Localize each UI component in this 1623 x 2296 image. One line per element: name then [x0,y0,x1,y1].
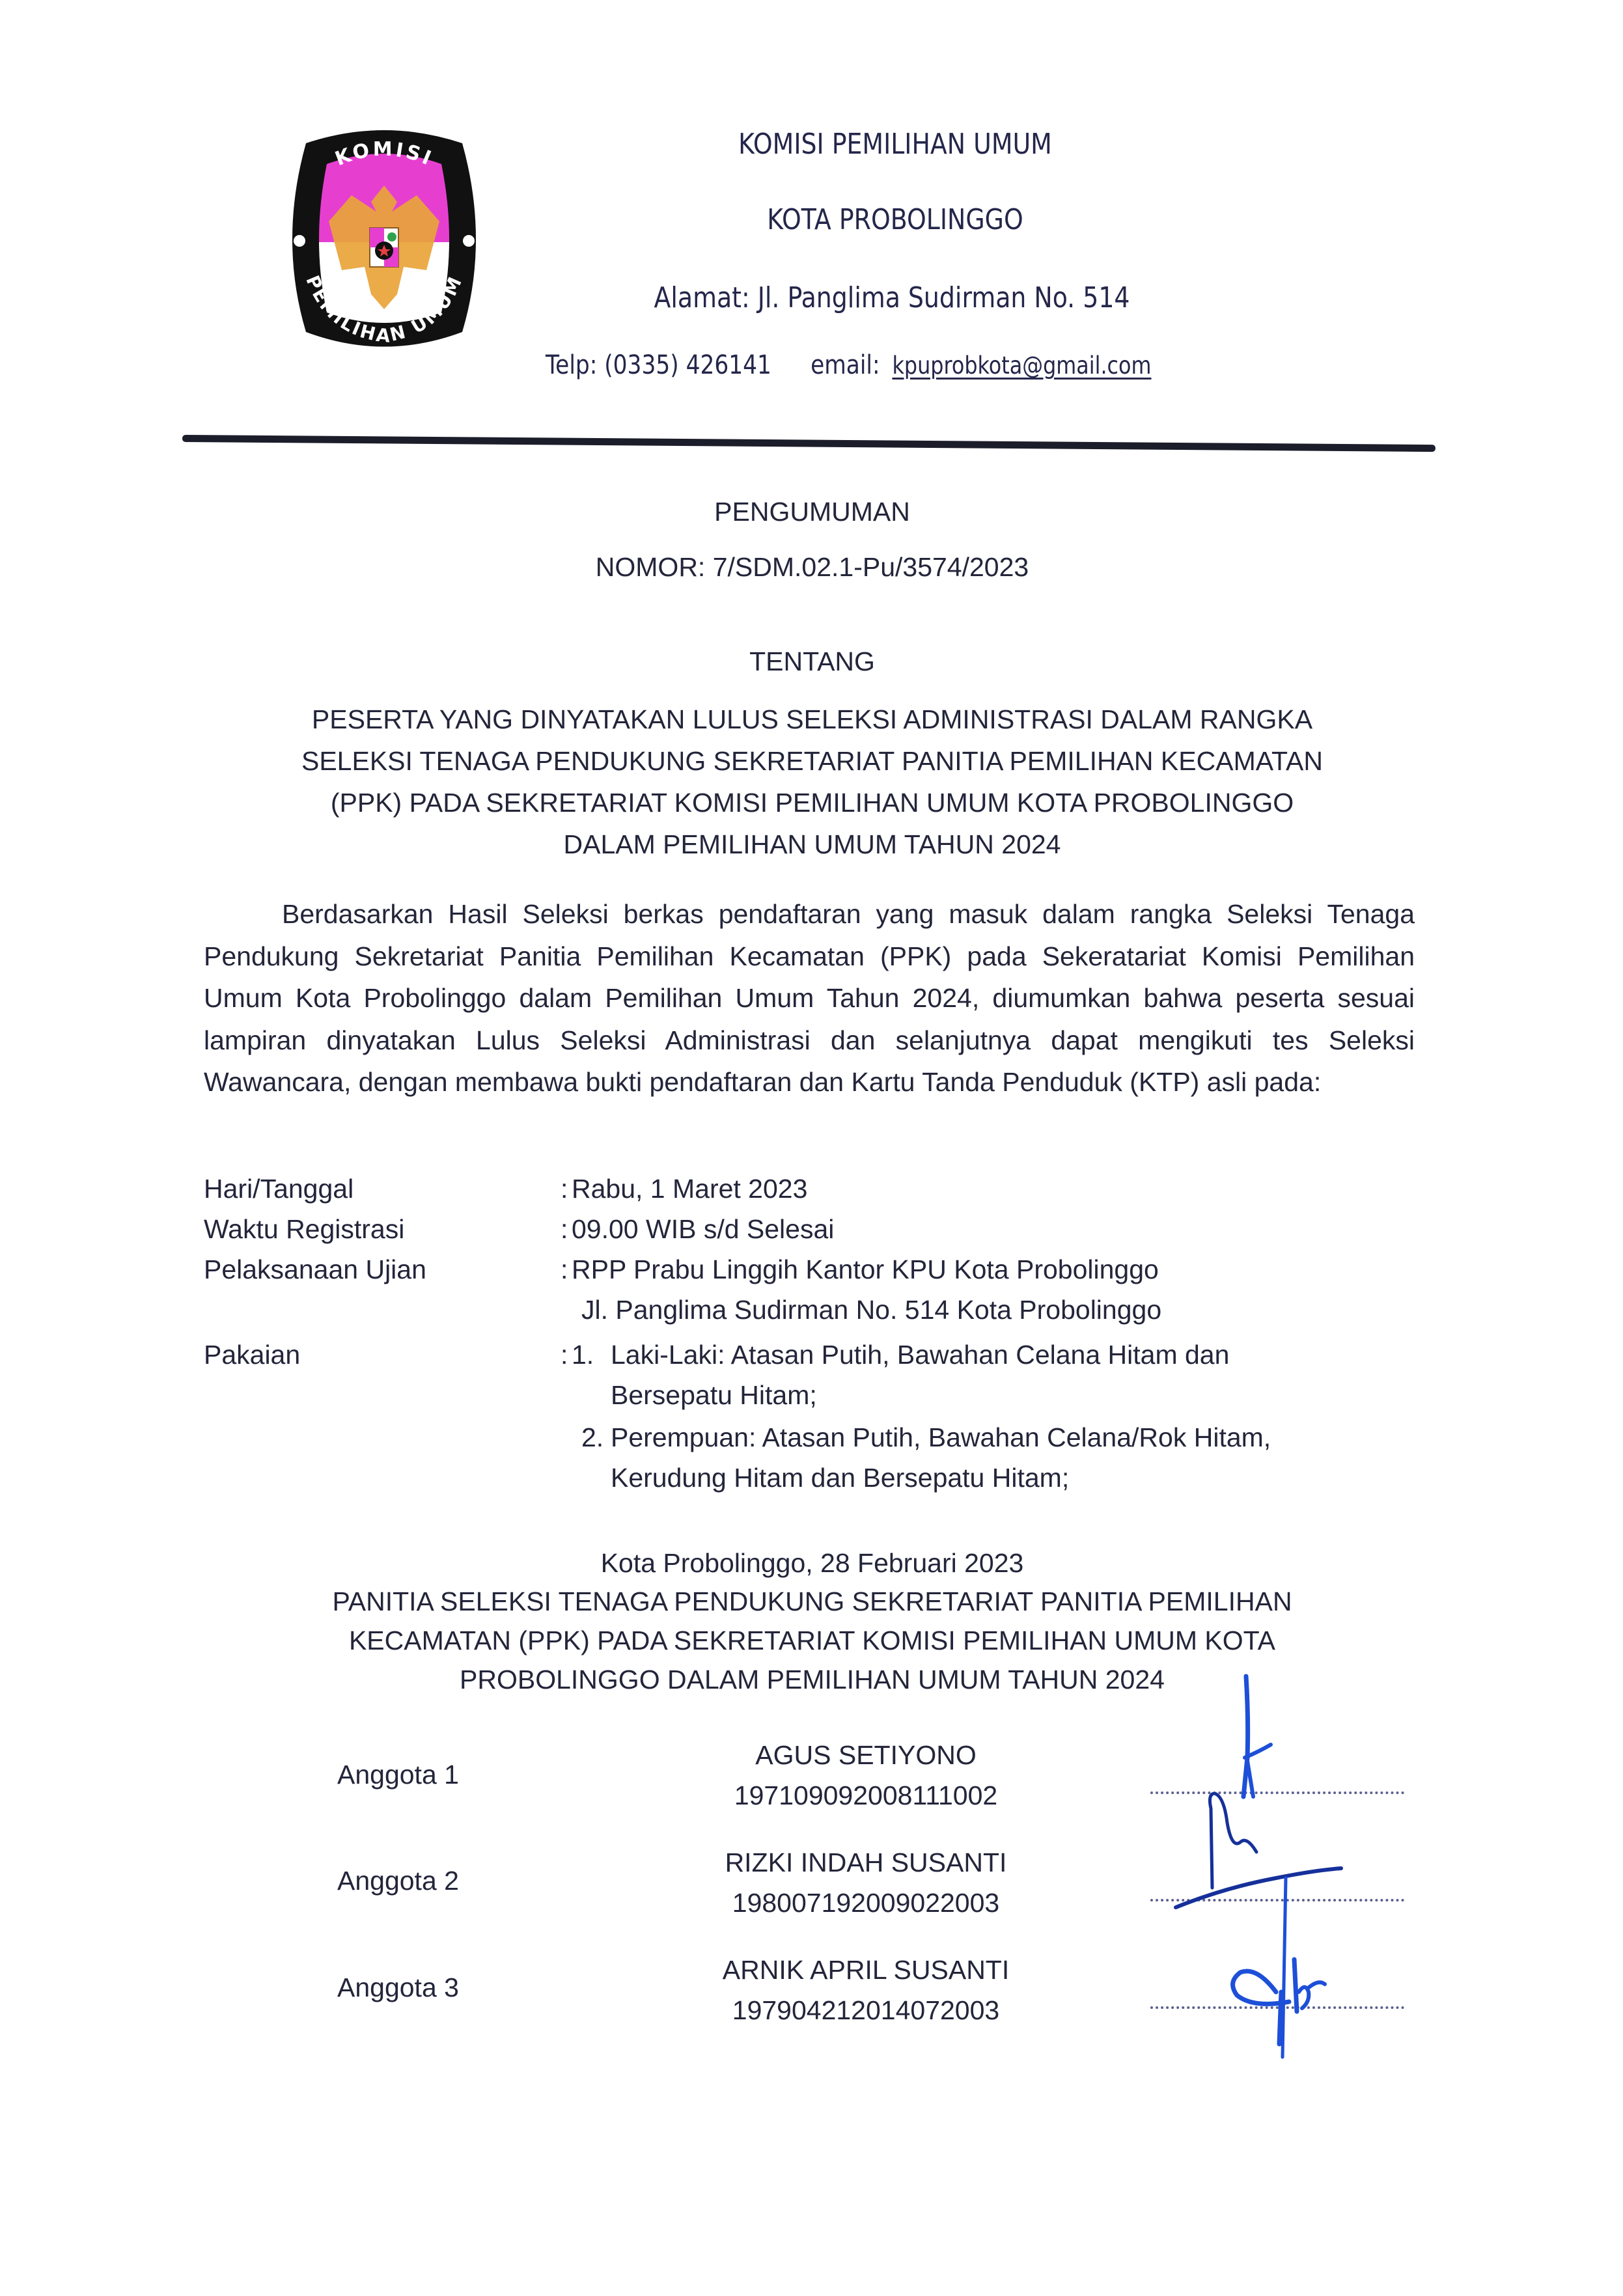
signatory-nip: 197904212014072003 [651,1990,1081,2030]
contact-line: Telp: (0335) 426141email:kpuprobkota@gma… [546,350,1152,380]
attire-item: Laki-Laki: Atasan Putih, Bawahan Celana … [611,1335,1229,1375]
detail-label: Waktu Registrasi [204,1209,404,1249]
detail-label: Hari/Tanggal [204,1169,354,1209]
letterhead-divider [182,435,1436,452]
detail-value: 09.00 WIB s/d Selesai [572,1209,834,1249]
subject-line: (PPK) PADA SEKRETARIAT KOMISI PEMILIHAN … [182,782,1442,823]
detail-value: Rabu, 1 Maret 2023 [572,1169,807,1209]
signatory-role: Anggota 3 [337,1967,459,2008]
attire-item-number: 1. [572,1335,594,1375]
subject-line: PESERTA YANG DINYATAKAN LULUS SELEKSI AD… [182,698,1442,740]
kpu-logo: KOMISI PEMILIHAN UMUM [286,124,482,355]
committee-line: KECAMATAN (PPK) PADA SEKRETARIAT KOMISI … [182,1621,1442,1660]
attire-item: Perempuan: Atasan Putih, Bawahan Celana/… [611,1417,1271,1458]
announcement-subject: PESERTA YANG DINYATAKAN LULUS SELEKSI AD… [182,698,1442,865]
signatory-2: RIZKI INDAH SUSANTI 198007192009022003 [651,1842,1081,1923]
signature-line [1150,2006,1404,2009]
signatory-nip: 197109092008111002 [651,1775,1081,1816]
kpu-logo-icon: KOMISI PEMILIHAN UMUM [286,124,482,355]
detail-value: RPP Prabu Linggih Kantor KPU Kota Probol… [572,1249,1159,1290]
org-name: KOMISI PEMILIHAN UMUM [730,128,1060,161]
subject-line: SELEKSI TENAGA PENDUKUNG SEKRETARIAT PAN… [182,740,1442,782]
committee-name: PANITIA SELEKSI TENAGA PENDUKUNG SEKRETA… [182,1582,1442,1699]
place-date: Kota Probolinggo, 28 Februari 2023 [182,1543,1442,1583]
signatory-1: AGUS SETIYONO 197109092008111002 [651,1735,1081,1816]
detail-label: Pelaksanaan Ujian [204,1249,426,1290]
signature-line [1150,1899,1404,1902]
committee-line: PANITIA SELEKSI TENAGA PENDUKUNG SEKRETA… [182,1582,1442,1621]
announcement-number: NOMOR: 7/SDM.02.1-Pu/3574/2023 [182,547,1442,587]
attire-item: Kerudung Hitam dan Bersepatu Hitam; [611,1458,1069,1498]
address: Alamat: Jl. Panglima Sudirman No. 514 [646,281,1139,314]
signatory-3: ARNIK APRIL SUSANTI 197904212014072003 [651,1950,1081,2030]
committee-line: PROBOLINGGO DALAM PEMILIHAN UMUM TAHUN 2… [182,1660,1442,1699]
signatory-role: Anggota 2 [337,1860,459,1901]
phone: Telp: (0335) 426141 [546,350,771,380]
signatory-name: RIZKI INDAH SUSANTI [651,1842,1081,1883]
detail-label: Pakaian [204,1335,300,1375]
city-name: KOTA PROBOLINGGO [730,203,1060,236]
attire-item-number: 2. [581,1417,603,1458]
signatory-name: AGUS SETIYONO [651,1735,1081,1775]
announcement-title: PENGUMUMAN [182,491,1442,532]
signatory-name: ARNIK APRIL SUSANTI [651,1950,1081,1990]
signature-line [1150,1791,1404,1794]
email-label: email: [811,350,880,380]
signatory-role: Anggota 1 [337,1754,459,1795]
detail-value: Jl. Panglima Sudirman No. 514 Kota Probo… [581,1290,1161,1330]
announcement-about: TENTANG [182,641,1442,682]
email-link[interactable]: kpuprobkota@gmail.com [892,352,1151,380]
attire-item: Bersepatu Hitam; [611,1375,817,1415]
subject-line: DALAM PEMILIHAN UMUM TAHUN 2024 [182,823,1442,865]
announcement-body: Berdasarkan Hasil Seleksi berkas pendaft… [204,893,1415,1103]
signatory-nip: 198007192009022003 [651,1883,1081,1923]
